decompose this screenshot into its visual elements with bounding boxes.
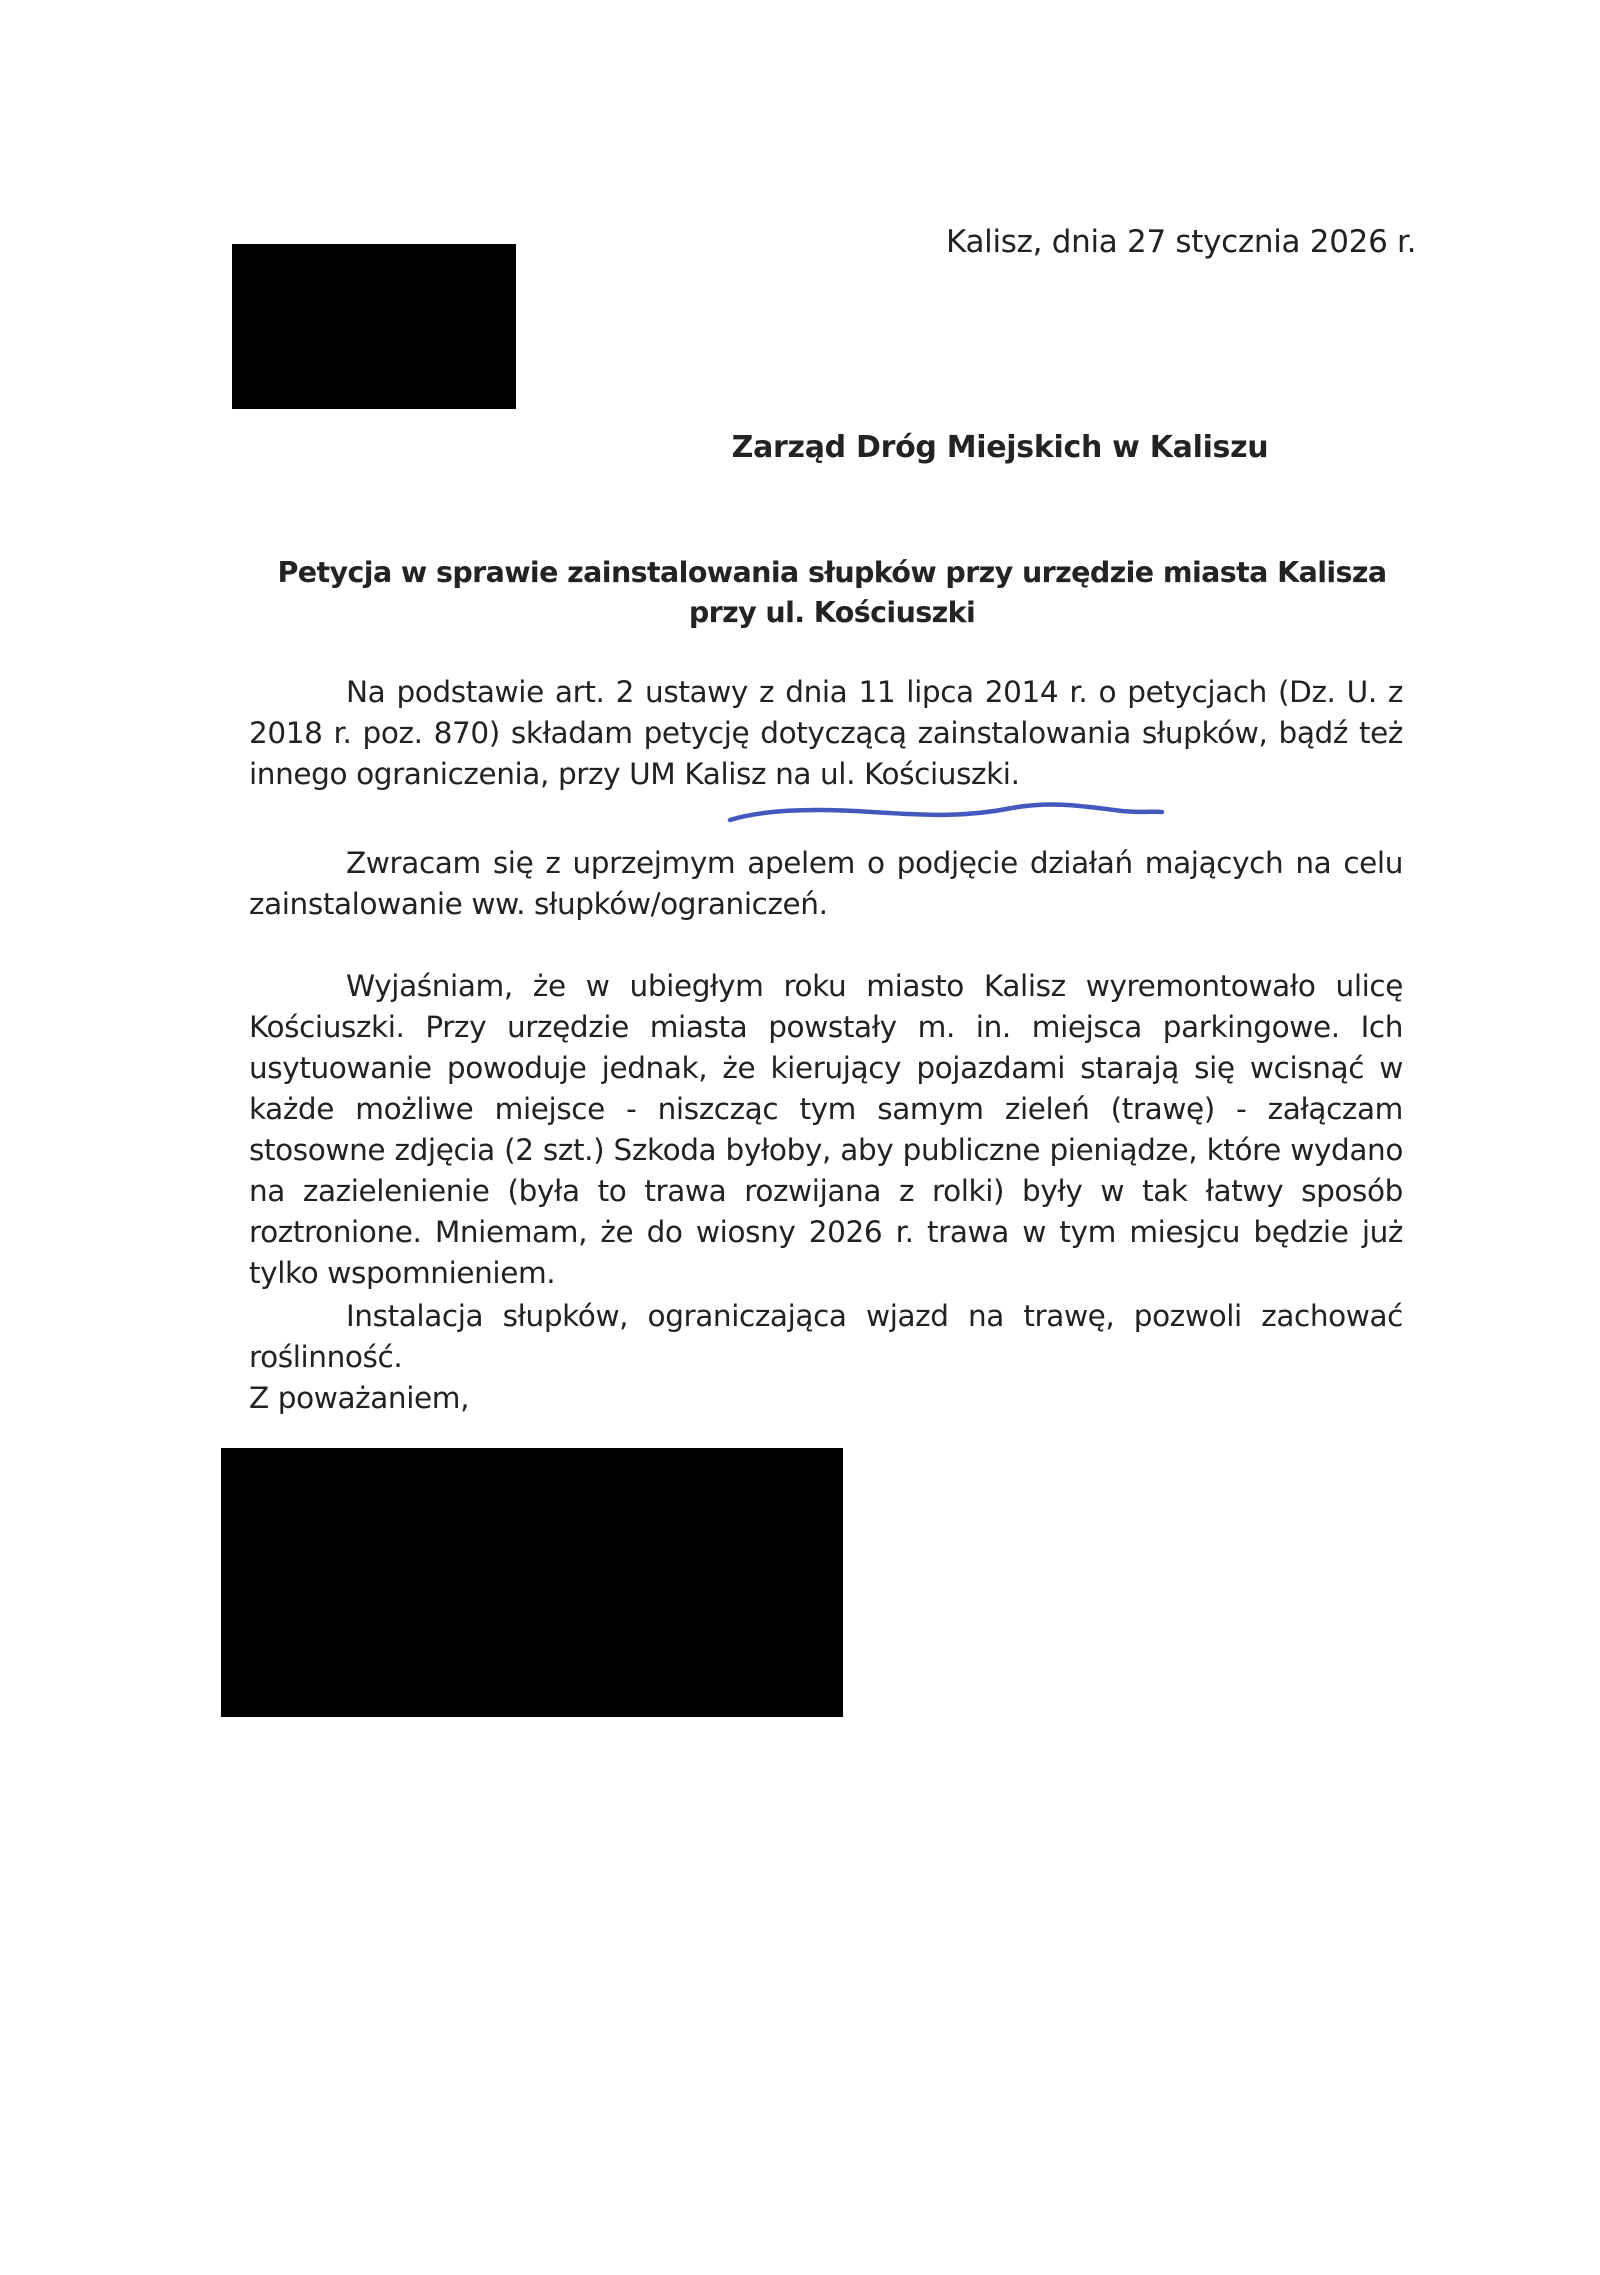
scanned-letter-page: Kalisz, dnia 27 stycznia 2026 r. Zarząd … bbox=[0, 0, 1600, 2275]
paragraph-explanation: Wyjaśniam, że w ubiegłym roku miasto Kal… bbox=[249, 966, 1403, 1294]
redacted-sender-block bbox=[232, 244, 516, 409]
subject-line-1: Petycja w sprawie zainstalowania słupków… bbox=[262, 553, 1402, 593]
paragraph-text: Wyjaśniam, że w ubiegłym roku miasto Kal… bbox=[249, 966, 1403, 1294]
closing-salutation: Z poważaniem, bbox=[249, 1378, 1403, 1419]
paragraph-conclusion: Instalacja słupków, ograniczająca wjazd … bbox=[249, 1296, 1403, 1378]
redacted-signature-block bbox=[221, 1448, 843, 1717]
paragraph-legal-basis: Na podstawie art. 2 ustawy z dnia 11 lip… bbox=[249, 672, 1403, 795]
paragraph-text: Instalacja słupków, ograniczająca wjazd … bbox=[249, 1296, 1403, 1378]
petition-subject: Petycja w sprawie zainstalowania słupków… bbox=[262, 553, 1402, 633]
paragraph-text: Na podstawie art. 2 ustawy z dnia 11 lip… bbox=[249, 672, 1403, 795]
place-and-date: Kalisz, dnia 27 stycznia 2026 r. bbox=[946, 220, 1416, 264]
paragraph-text: Zwracam się z uprzejmym apelem o podjęci… bbox=[249, 843, 1403, 925]
subject-line-2: przy ul. Kościuszki bbox=[262, 593, 1402, 633]
closing-text: Z poważaniem, bbox=[249, 1378, 1403, 1419]
paragraph-appeal: Zwracam się z uprzejmym apelem o podjęci… bbox=[249, 843, 1403, 925]
pen-underline-mark bbox=[722, 796, 1170, 830]
recipient-heading: Zarząd Dróg Miejskich w Kaliszu bbox=[700, 426, 1300, 470]
